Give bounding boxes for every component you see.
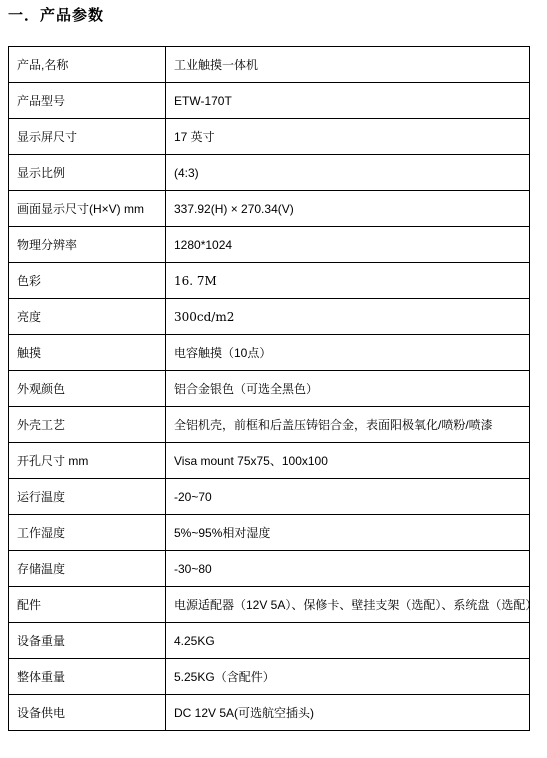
param-label: 色彩 [9, 263, 166, 299]
param-label: 触摸 [9, 335, 166, 371]
table-row: 画面显示尺寸(H×V) mm 337.92(H) × 270.34(V) [9, 191, 530, 227]
param-value: 电源适配器（12V 5A）、保修卡、壁挂支架（选配）、系统盘（选配） [166, 587, 530, 623]
table-row: 色彩 16. 7M [9, 263, 530, 299]
param-label: 产品,名称 [9, 47, 166, 83]
param-label: 配件 [9, 587, 166, 623]
table-row: 亮度 300cd/m2 [9, 299, 530, 335]
param-value: 4.25KG [166, 623, 530, 659]
param-label: 产品型号 [9, 83, 166, 119]
param-label: 运行温度 [9, 479, 166, 515]
table-row: 运行温度 -20~70 [9, 479, 530, 515]
param-label: 存储温度 [9, 551, 166, 587]
param-label: 设备重量 [9, 623, 166, 659]
param-value: 5%~95%相对湿度 [166, 515, 530, 551]
param-value: (4:3) [166, 155, 530, 191]
page-title: 一．产品参数 [8, 7, 547, 25]
param-value: 337.92(H) × 270.34(V) [166, 191, 530, 227]
table-row: 设备重量 4.25KG [9, 623, 530, 659]
table-row: 整体重量 5.25KG（含配件） [9, 659, 530, 695]
param-label: 外观颜色 [9, 371, 166, 407]
table-row: 触摸 电容触摸（10点） [9, 335, 530, 371]
param-value: 16. 7M [166, 263, 530, 299]
table-row: 产品型号 ETW-170T [9, 83, 530, 119]
param-value: DC 12V 5A(可选航空插头) [166, 695, 530, 731]
param-label: 设备供电 [9, 695, 166, 731]
param-label: 显示比例 [9, 155, 166, 191]
table-row: 物理分辨率 1280*1024 [9, 227, 530, 263]
table-row: 工作湿度 5%~95%相对湿度 [9, 515, 530, 551]
param-value: 17 英寸 [166, 119, 530, 155]
param-label: 画面显示尺寸(H×V) mm [9, 191, 166, 227]
table-row: 显示比例 (4:3) [9, 155, 530, 191]
table-row: 显示屏尺寸 17 英寸 [9, 119, 530, 155]
param-value: Visa mount 75x75、100x100 [166, 443, 530, 479]
param-value: -20~70 [166, 479, 530, 515]
param-value: 5.25KG（含配件） [166, 659, 530, 695]
param-label: 外壳工艺 [9, 407, 166, 443]
spec-table-body: 产品,名称 工业触摸一体机 产品型号 ETW-170T 显示屏尺寸 17 英寸 … [9, 47, 530, 731]
table-row: 产品,名称 工业触摸一体机 [9, 47, 530, 83]
param-value: 铝合金银色（可选全黑色） [166, 371, 530, 407]
param-value: 1280*1024 [166, 227, 530, 263]
param-value: ETW-170T [166, 83, 530, 119]
param-value: 电容触摸（10点） [166, 335, 530, 371]
table-row: 外壳工艺 全铝机壳，前框和后盖压铸铝合金，表面阳极氧化/喷粉/喷漆 [9, 407, 530, 443]
table-row: 外观颜色 铝合金银色（可选全黑色） [9, 371, 530, 407]
page: { "page": { "background": "#ffffff", "te… [0, 7, 547, 758]
param-value: 300cd/m2 [166, 299, 530, 335]
param-label: 开孔尺寸 mm [9, 443, 166, 479]
product-spec-table: 产品,名称 工业触摸一体机 产品型号 ETW-170T 显示屏尺寸 17 英寸 … [8, 46, 530, 731]
table-row: 存储温度 -30~80 [9, 551, 530, 587]
param-value: 工业触摸一体机 [166, 47, 530, 83]
param-label: 整体重量 [9, 659, 166, 695]
param-label: 物理分辨率 [9, 227, 166, 263]
param-label: 显示屏尺寸 [9, 119, 166, 155]
table-row: 设备供电 DC 12V 5A(可选航空插头) [9, 695, 530, 731]
param-value: 全铝机壳，前框和后盖压铸铝合金，表面阳极氧化/喷粉/喷漆 [166, 407, 530, 443]
param-label: 工作湿度 [9, 515, 166, 551]
param-value: -30~80 [166, 551, 530, 587]
table-row: 开孔尺寸 mm Visa mount 75x75、100x100 [9, 443, 530, 479]
table-row: 配件 电源适配器（12V 5A）、保修卡、壁挂支架（选配）、系统盘（选配） [9, 587, 530, 623]
param-label: 亮度 [9, 299, 166, 335]
